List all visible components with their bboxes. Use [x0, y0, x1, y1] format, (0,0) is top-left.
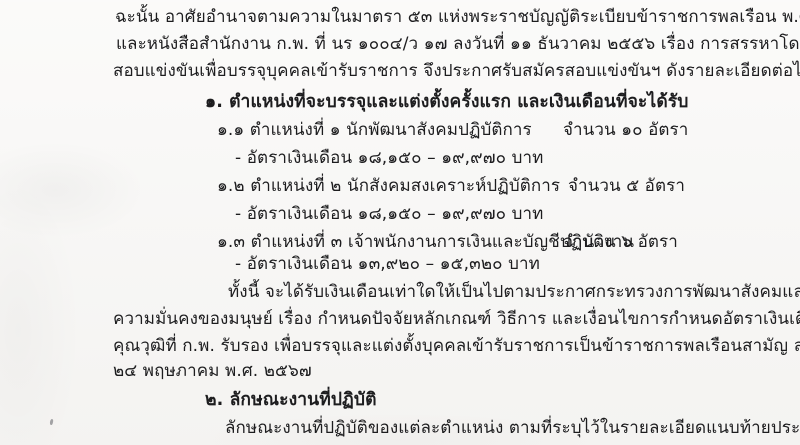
- salary-note-line-1: ทั้งนี้ จะได้รับเงินเดือนเท่าใดให้เป็นไป…: [228, 281, 800, 303]
- section1-heading: ๑. ตำแหน่งที่จะบรรจุและแต่งตั้งครั้งแรก …: [205, 91, 689, 113]
- section2-body: ลักษณะงานที่ปฏิบัติของแต่ละตำแหน่ง ตามที…: [225, 417, 800, 439]
- intro-line-2: และหนังสือสำนักงาน ก.พ. ที่ นร ๑๐๐๔/ว ๑๗…: [116, 33, 800, 55]
- scan-artifact-speck: [49, 419, 53, 426]
- salary-note-line-2: ความมั่นคงของมนุษย์ เรื่อง กำหนดปัจจัยหล…: [113, 308, 800, 330]
- position-2-salary: - อัตราเงินเดือน ๑๘,๑๕๐ – ๑๙,๙๗๐ บาท: [235, 203, 543, 225]
- intro-line-1: ฉะนั้น อาศัยอำนาจตามความในมาตรา ๕๓ แห่งพ…: [115, 6, 800, 28]
- position-3-count: จำนวน ๖ อัตรา: [563, 231, 678, 253]
- position-2-title: ๑.๒ ตำแหน่งที่ ๒ นักสังคมสงเคราะห์ปฏิบัต…: [217, 175, 560, 197]
- intro-line-3: สอบแข่งขันเพื่อบรรจุบุคคลเข้ารับราชการ จ…: [113, 60, 800, 82]
- position-2-count: จำนวน ๕ อัตรา: [568, 175, 685, 197]
- position-1-title: ๑.๑ ตำแหน่งที่ ๑ นักพัฒนาสังคมปฏิบัติการ: [217, 119, 532, 141]
- section2-heading: ๒. ลักษณะงานที่ปฏิบัติ: [205, 389, 377, 411]
- scanned-announcement-document: ฉะนั้น อาศัยอำนาจตามความในมาตรา ๕๓ แห่งพ…: [0, 0, 800, 445]
- position-1-count: จำนวน ๑๐ อัตรา: [563, 119, 688, 141]
- position-3-salary: - อัตราเงินเดือน ๑๓,๙๒๐ – ๑๕,๓๒๐ บาท: [235, 253, 540, 275]
- position-1-salary: - อัตราเงินเดือน ๑๘,๑๕๐ – ๑๙,๙๗๐ บาท: [235, 147, 543, 169]
- salary-note-date: ๒๔ พฤษภาคม พ.ศ. ๒๕๖๗: [113, 360, 312, 382]
- salary-note-line-3: คุณวุฒิที่ ก.พ. รับรอง เพื่อบรรจุและแต่ง…: [113, 335, 800, 357]
